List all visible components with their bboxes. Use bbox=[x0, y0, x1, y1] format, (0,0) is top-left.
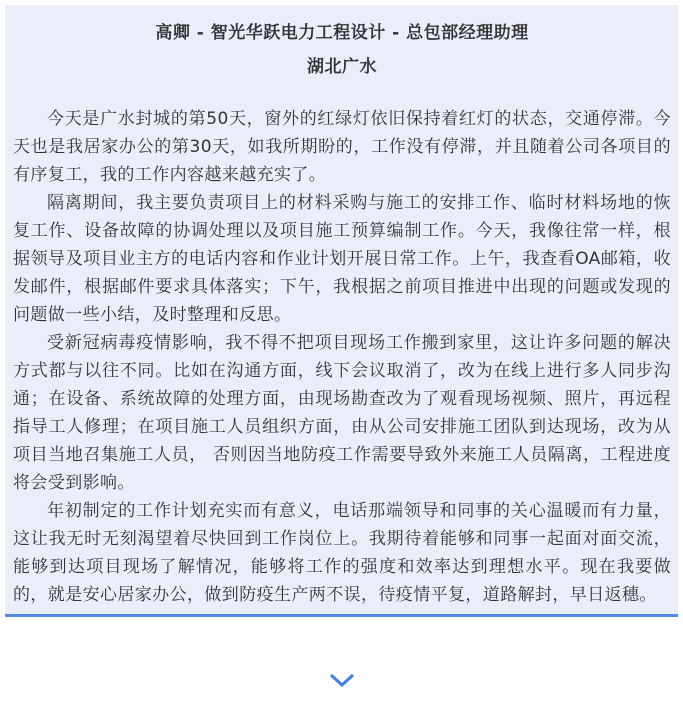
article-panel: 高卿 - 智光华跃电力工程设计 - 总包部经理助理 湖北广水 今天是广水封城的第… bbox=[5, 5, 678, 617]
paragraph-3: 受新冠病毒疫情影响，我不得不把项目现场工作搬到家里，这让许多问题的解决方式都与以… bbox=[13, 329, 671, 497]
paragraph-4: 年初制定的工作计划充实而有意义，电话那端领导和同事的关心温暖而有力量，这让我无时… bbox=[13, 497, 671, 609]
chevron-down-icon bbox=[329, 677, 355, 692]
article-body: 今天是广水封城的第50天，窗外的红绿灯依旧保持着红灯的状态，交通停滞。今天也是我… bbox=[13, 105, 671, 609]
page: { "theme": { "page_background": "#ffffff… bbox=[0, 0, 683, 713]
expand-button[interactable] bbox=[329, 673, 355, 689]
expand-area bbox=[0, 617, 683, 713]
paragraph-1: 今天是广水封城的第50天，窗外的红绿灯依旧保持着红灯的状态，交通停滞。今天也是我… bbox=[13, 105, 671, 189]
page-subtitle: 湖北广水 bbox=[13, 55, 671, 79]
page-title: 高卿 - 智光华跃电力工程设计 - 总包部经理助理 bbox=[13, 21, 671, 45]
paragraph-2: 隔离期间，我主要负责项目上的材料采购与施工的安排工作、临时材料场地的恢复工作、设… bbox=[13, 189, 671, 329]
